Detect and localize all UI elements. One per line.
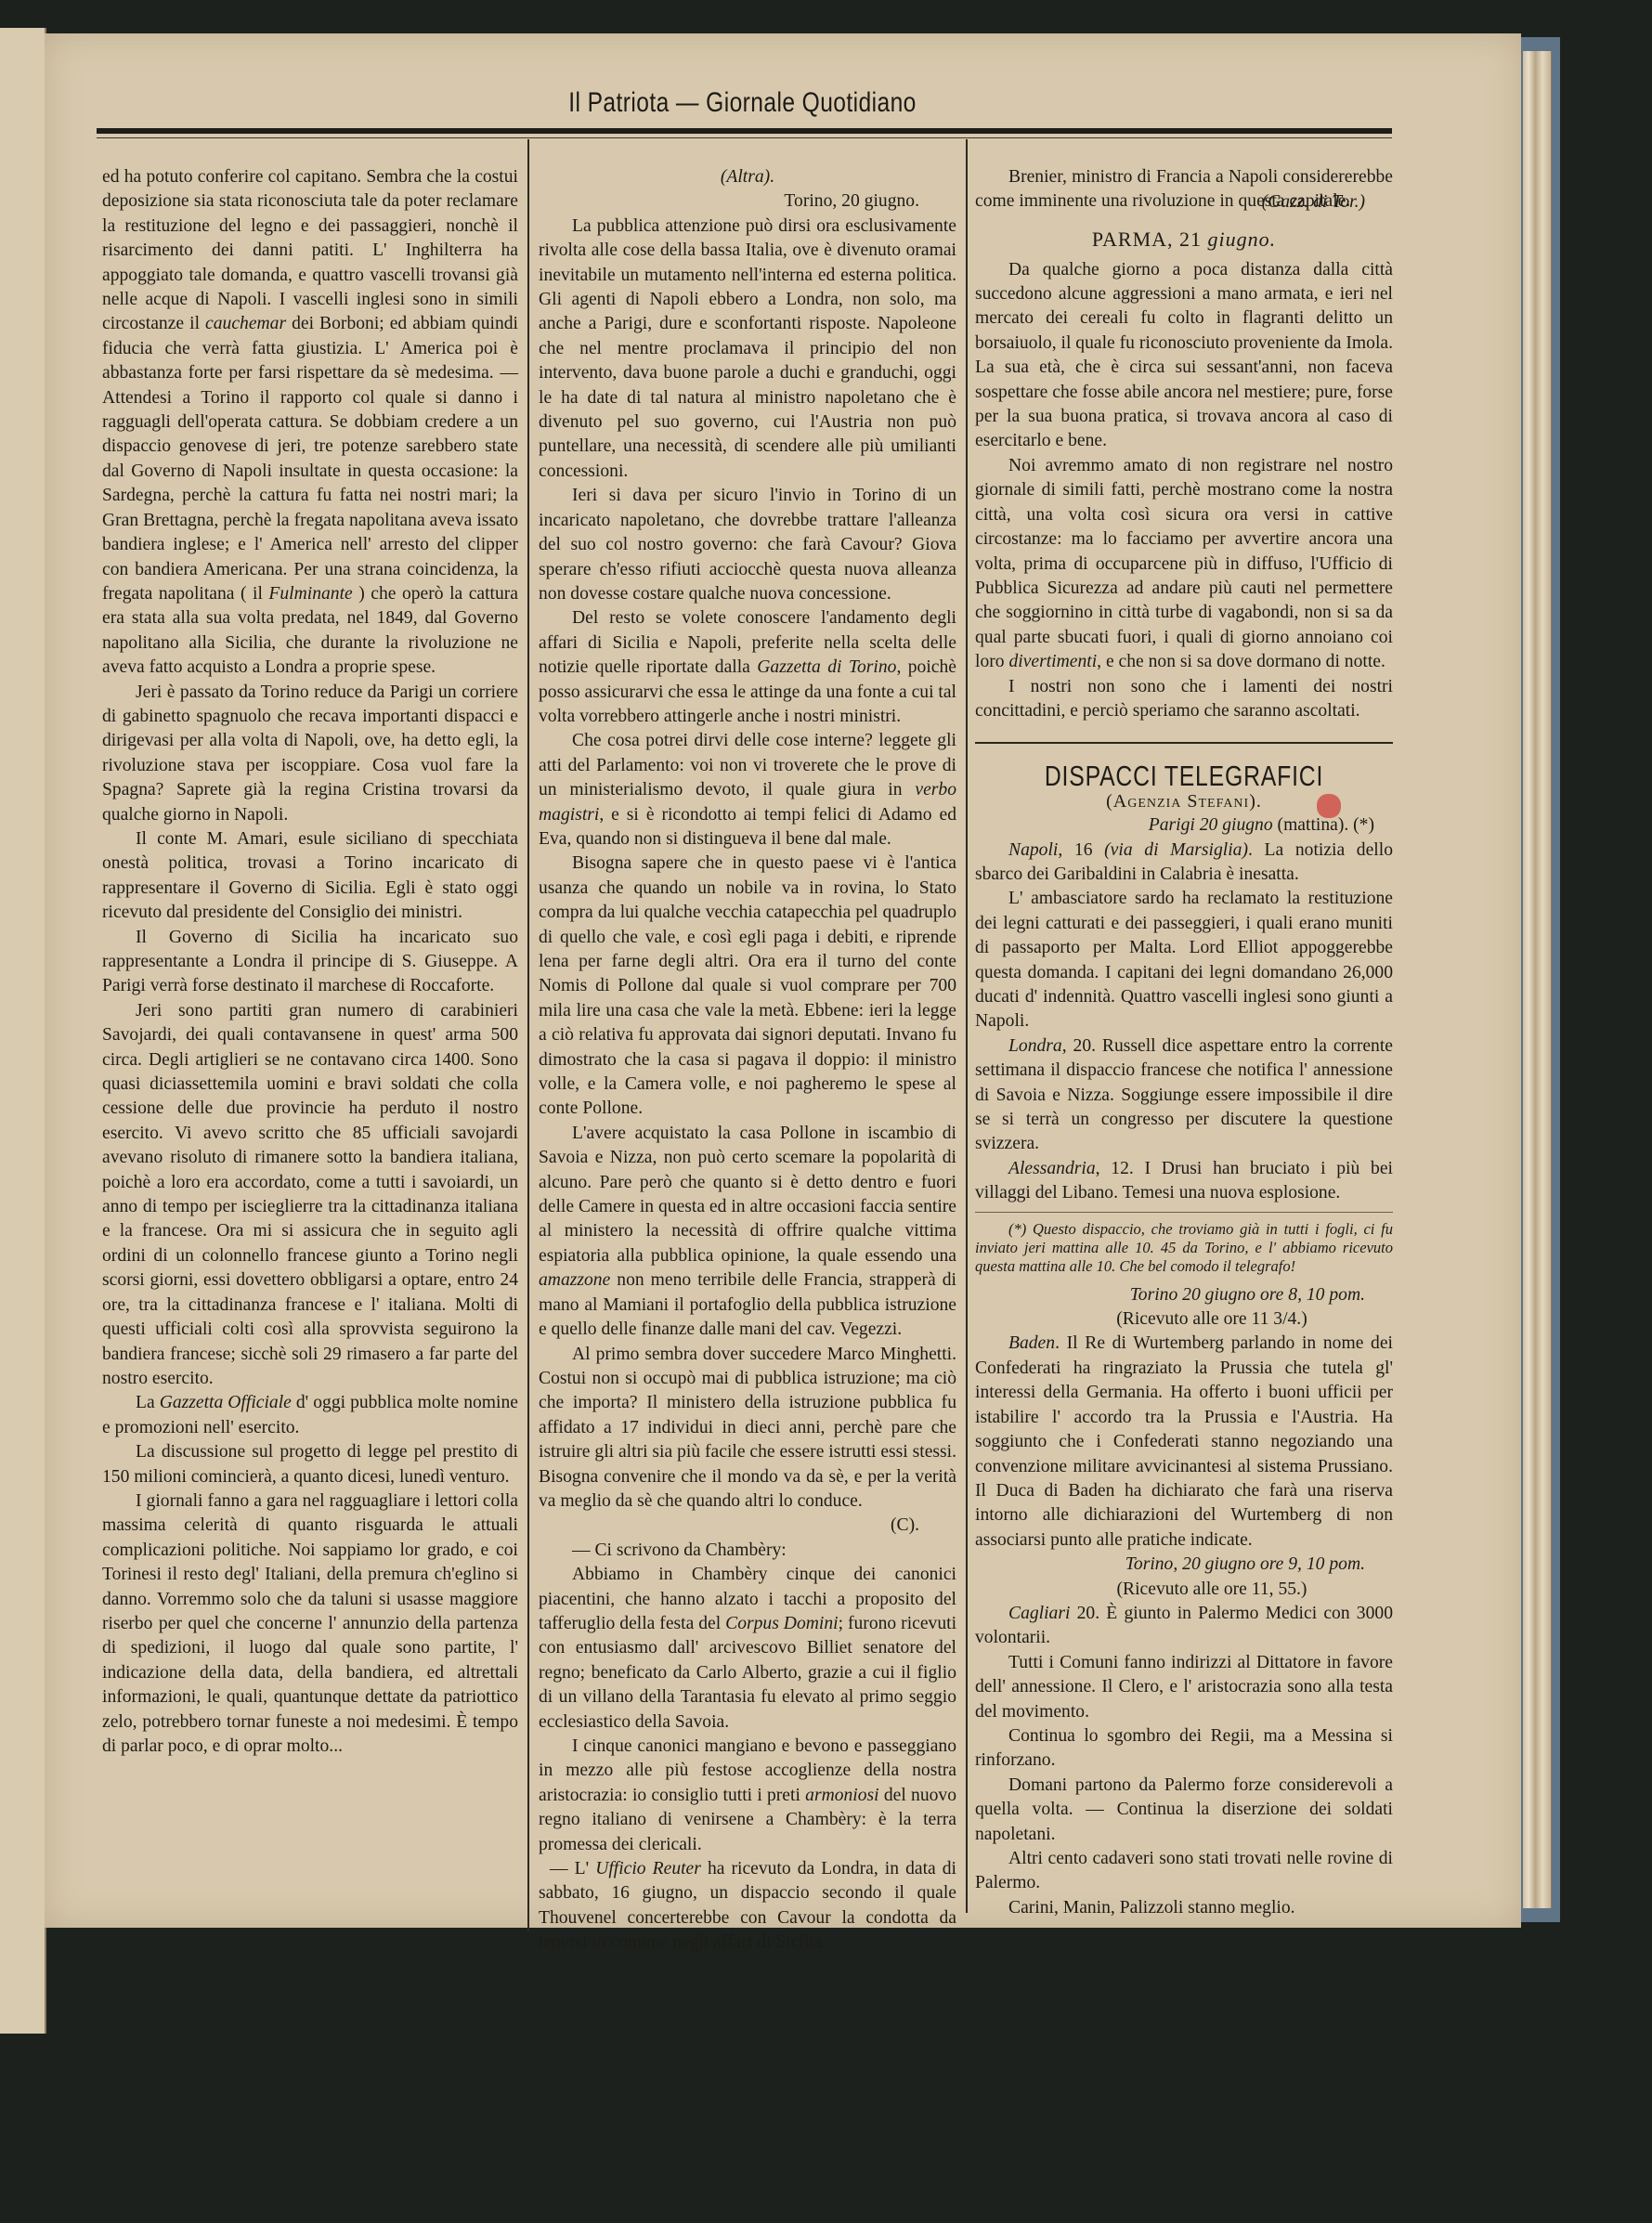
dispatch-heading: DISPACCI TELEGRAFICI — [1017, 764, 1351, 788]
article-paragraph: Jeri sono partiti gran numero di carabin… — [102, 999, 518, 1392]
masthead-title: Il Patriota — Giornale Quotidiano — [212, 87, 1274, 119]
footnote: (*) Questo dispaccio, che troviamo già i… — [975, 1220, 1393, 1276]
section-heading: (Altra). — [539, 165, 956, 189]
dispatch-item: Baden. Il Re di Wurtemberg parlando in n… — [975, 1332, 1393, 1553]
article-paragraph: ed ha potuto conferire col capitano. Sem… — [102, 165, 518, 681]
dispatch-item: Tutti i Comuni fanno indirizzi al Dittat… — [975, 1651, 1393, 1724]
masthead-rule-thin — [97, 137, 1392, 138]
article-paragraph: I cinque canonici mangiano e bevono e pa… — [539, 1735, 956, 1857]
section-divider — [975, 742, 1393, 744]
dispatch-item: Carini, Manin, Palizzoli stanno meglio. — [975, 1896, 1393, 1920]
column-1: ed ha potuto conferire col capitano. Sem… — [102, 165, 518, 1759]
dispatch-item: Londra, 20. Russell dice aspettare entro… — [975, 1034, 1393, 1157]
article-paragraph: L'avere acquistato la casa Pollone in is… — [539, 1122, 956, 1343]
dispatch-item: Altri cento cadaveri sono stati trovati … — [975, 1847, 1393, 1896]
signature: (C). — [539, 1514, 956, 1538]
dispatch-item: Cagliari 20. È giunto in Palermo Medici … — [975, 1602, 1393, 1651]
left-page-edge — [0, 28, 46, 2034]
article-paragraph: Il conte M. Amari, esule siciliano di sp… — [102, 827, 518, 926]
article-paragraph: Che cosa potrei dirvi delle cose interne… — [539, 729, 956, 851]
article-paragraph: Ieri si dava per sicuro l'invio in Torin… — [539, 484, 956, 606]
dispatch-item: Continua lo sgombro dei Regii, ma a Mess… — [975, 1724, 1393, 1774]
article-paragraph: Noi avremmo amato di non registrare nel … — [975, 454, 1393, 675]
dispatch-item: L' ambasciatore sardo ha reclamato la re… — [975, 887, 1393, 1033]
article-paragraph: I giornali fanno a gara nel ragguagliare… — [102, 1489, 518, 1759]
article-paragraph: La pubblica attenzione può dirsi ora esc… — [539, 214, 956, 484]
article-paragraph: La Gazzetta Officiale d' oggi pubblica m… — [102, 1391, 518, 1440]
dispatch-time-2: Torino, 20 giugno ore 9, 10 pom. — [975, 1553, 1393, 1577]
article-paragraph: Bisogna sapere che in questo paese vi è … — [539, 851, 956, 1121]
footnote-divider — [975, 1212, 1393, 1213]
dispatch-time-1: Torino 20 giugno ore 8, 10 pom. — [975, 1283, 1393, 1307]
dispatch-item: Alessandria, 12. I Drusi han bruciato i … — [975, 1157, 1393, 1206]
column-divider-1 — [527, 139, 529, 1931]
dispatch-item: Domani partono da Palermo forze consider… — [975, 1774, 1393, 1847]
dispatch-received-1: (Ricevuto alle ore 11 3/4.) — [975, 1307, 1393, 1332]
article-paragraph: Jeri è passato da Torino reduce da Parig… — [102, 681, 518, 827]
article-paragraph: Al primo sembra dover succedere Marco Mi… — [539, 1343, 956, 1514]
page-stack-edge — [1523, 51, 1552, 1908]
article-paragraph: Del resto se volete conoscere l'andament… — [539, 606, 956, 729]
column-2: (Altra). Torino, 20 giugno. La pubblica … — [539, 165, 956, 1956]
section-heading-parma: PARMA, 21 giugno. — [975, 227, 1393, 252]
dispatch-received-2: (Ricevuto alle ore 11, 55.) — [975, 1578, 1393, 1602]
dateline: Torino, 20 giugno. — [539, 189, 956, 214]
article-paragraph: — Ci scrivono da Chambèry: — [539, 1539, 956, 1563]
article-paragraph: Il Governo di Sicilia ha incaricato suo … — [102, 926, 518, 999]
article-paragraph: I nostri non sono che i lamenti dei nost… — [975, 675, 1393, 724]
column-divider-2 — [966, 139, 968, 1913]
column-3: Brenier, ministro di Francia a Napoli co… — [975, 165, 1393, 1920]
dispatch-item: Napoli, 16 (via di Marsiglia). La notizi… — [975, 838, 1393, 888]
masthead-rule — [97, 128, 1392, 134]
article-paragraph: Da qualche giorno a poca distanza dalla … — [975, 258, 1393, 454]
red-wax-stamp-mark — [1317, 794, 1341, 818]
article-paragraph: Abbiamo in Chambèry cinque dei canonici … — [539, 1563, 956, 1735]
article-paragraph: — L' Ufficio Reuter ha ricevuto da Londr… — [539, 1857, 956, 1956]
article-paragraph: La discussione sul progetto di legge pel… — [102, 1440, 518, 1489]
